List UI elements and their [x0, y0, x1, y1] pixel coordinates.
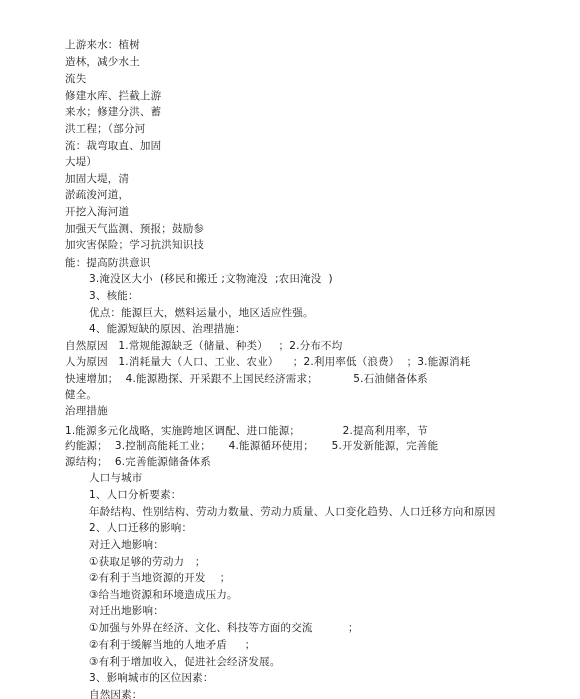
text-line: 2、人口迁移的影响： — [89, 521, 192, 535]
text-line: 源结构； 6.完善能源储备体系 — [65, 455, 211, 469]
text-line: 上游来水：植树 — [65, 38, 140, 52]
text-line: 1、人口分析要素： — [89, 488, 181, 502]
text-line: 3、影响城市的区位因素： — [89, 671, 214, 685]
text-line: 约能源； 3.控制高能耗工业； 4.能源循环使用； 5.开发新能源，完善能 — [65, 439, 438, 453]
text-line: 洪工程；（部分河 — [65, 122, 145, 136]
document-page: 上游来水：植树造林，减少水土流失修建水库、拦截上游来水；修建分洪、蓄洪工程；（部… — [0, 0, 580, 699]
text-line: 自然原因 1.常规能源缺乏（储量、种类） ；2.分布不均 — [65, 339, 342, 353]
text-line: 3.淹没区大小 (移民和搬迁 ;文物淹没 ;农田淹没 ) — [89, 272, 333, 286]
text-line: 加固大堤，清 — [65, 172, 129, 186]
text-line: ②有利于当地资源的开发 ； — [89, 571, 230, 585]
text-line: 3、核能： — [89, 289, 139, 303]
text-line: ①加强与外界在经济、文化、科技等方面的交流 ； — [89, 621, 359, 635]
text-line: 造林，减少水土 — [65, 55, 140, 69]
text-line: 优点：能源巨大，燃料运量小，地区适应性强。 — [89, 306, 314, 320]
text-line: 加灾害保险；学习抗洪知识技 — [65, 238, 204, 252]
text-line: 自然因素： — [89, 688, 143, 699]
text-line: 加强天气监测、预报；鼓励参 — [65, 222, 204, 236]
text-line: 人为原因 1.消耗量大（人口、工业、农业） ；2.利用率低（浪费） ；3.能源消… — [65, 355, 471, 369]
text-line: 修建水库、拦截上游 — [65, 89, 161, 103]
text-line: 对迁出地影响： — [89, 604, 164, 618]
text-line: 能：提高防洪意识 — [65, 256, 151, 270]
text-line: 流失 — [65, 72, 86, 86]
text-line: 流：裁弯取直、加固 — [65, 139, 161, 153]
text-line: 快速增加； 4.能源勘探、开采跟不上国民经济需求； 5.石油储备体系 — [65, 372, 428, 386]
text-line: 4、能源短缺的原因、治理措施： — [89, 322, 246, 336]
text-line: 来水；修建分洪、蓄 — [65, 105, 161, 119]
text-line: 淤疏浚河道， — [65, 188, 129, 202]
text-line: 开挖入海河道 — [65, 205, 129, 219]
text-line: 1.能源多元化战略，实施跨地区调配、进口能源； 2.提高利用率，节 — [65, 424, 428, 438]
text-line: ①获取足够的劳动力 ； — [89, 555, 206, 569]
text-line: 年龄结构、性别结构、劳动力数量、劳动力质量、人口变化趋势、人口迁移方向和原因 — [89, 505, 496, 519]
text-line: 人口与城市 — [89, 471, 143, 485]
text-line: 对迁入地影响： — [89, 538, 164, 552]
text-line: 健全。 — [65, 388, 97, 402]
text-line: ②有利于缓解当地的人地矛盾 ； — [89, 638, 255, 652]
text-line: ③有利于增加收入，促进社会经济发展。 — [89, 655, 281, 669]
text-line: ③给当地资源和环境造成压力。 — [89, 588, 238, 602]
text-line: 大堤） — [65, 155, 97, 169]
text-line: 治理措施 — [65, 404, 108, 418]
